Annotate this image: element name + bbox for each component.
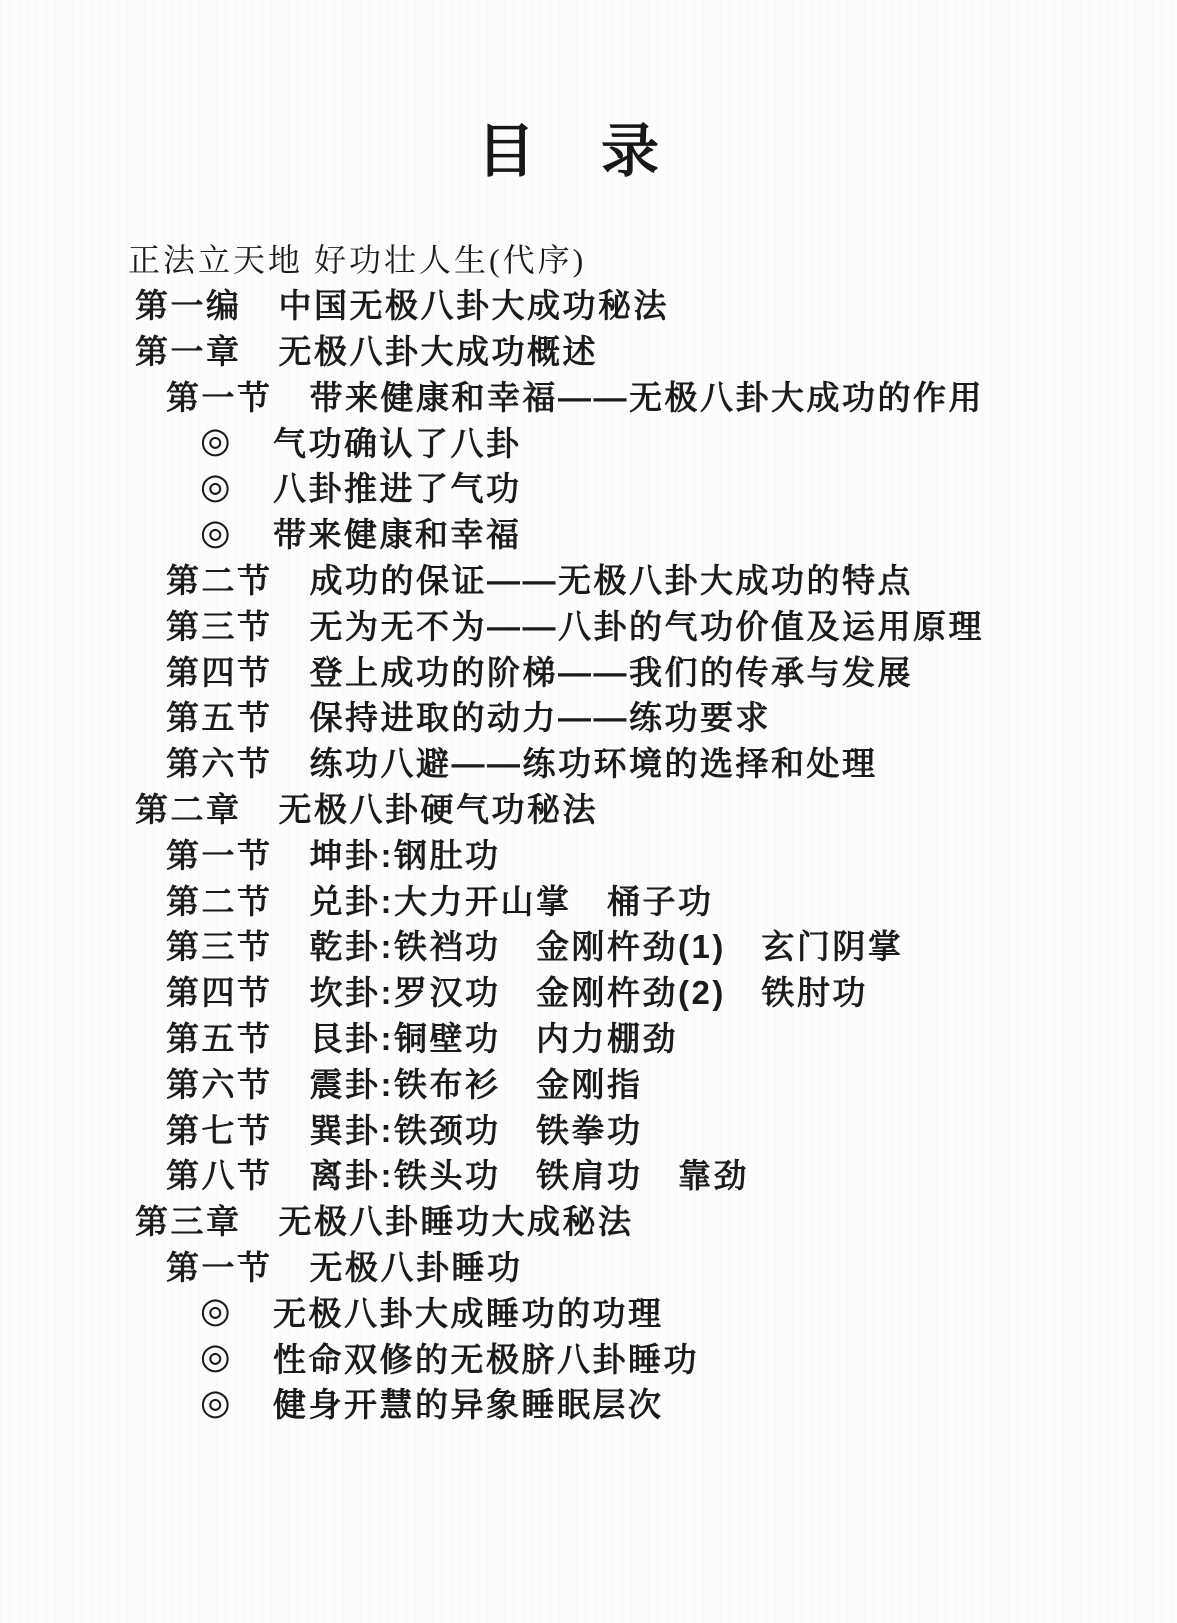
entry-title: 坎卦:罗汉功 金刚杵劲(2) 铁肘功 <box>310 967 868 1014</box>
toc-entry: 第一节带来健康和幸福——无极八卦大成功的作用 <box>0 372 1177 418</box>
entry-title: 坤卦:钢肚功 <box>310 830 501 877</box>
entry-title: 艮卦:铜壁功 内力棚劲 <box>310 1013 679 1060</box>
entry-title: 保持进取的动力——练功要求 <box>310 692 772 739</box>
toc-entry: ◎无极八卦大成睡功的功理 <box>0 1288 1177 1334</box>
entry-title: 登上成功的阶梯——我们的传承与发展 <box>310 647 914 694</box>
toc-entry: 正法立天地 好功壮人生(代序) <box>0 235 1177 281</box>
entry-title: 正法立天地 好功壮人生(代序) <box>128 235 586 281</box>
entry-title: 无为无不为——八卦的气功价值及运用原理 <box>310 601 985 648</box>
entry-number: 第一章 <box>135 326 242 373</box>
toc-entry: ◎带来健康和幸福 <box>0 510 1177 556</box>
toc-entry: 第四节登上成功的阶梯——我们的传承与发展 <box>0 647 1177 693</box>
toc-entry: ◎气功确认了八卦 <box>0 418 1177 464</box>
entry-number: 第三节 <box>166 601 273 648</box>
entry-number: 第一节 <box>166 372 273 419</box>
entry-title: 练功八避——练功环境的选择和处理 <box>310 738 878 785</box>
toc-entry: 第五节保持进取的动力——练功要求 <box>0 693 1177 739</box>
toc-entry: ◎健身开慧的异象睡眠层次 <box>0 1380 1177 1426</box>
entry-title: 健身开慧的异象睡眠层次 <box>273 1379 664 1426</box>
toc-entry: 第六节震卦:铁布衫 金刚指 <box>0 1059 1177 1105</box>
bullet-icon: ◎ <box>200 513 233 553</box>
scanned-page: 目 录 正法立天地 好功壮人生(代序)第一编中国无极八卦大成功秘法第一章无极八卦… <box>0 0 1177 1623</box>
entry-title: 无极八卦大成睡功的功理 <box>273 1288 664 1335</box>
entry-title: 八卦推进了气功 <box>273 463 522 510</box>
toc-entry: 第一编中国无极八卦大成功秘法 <box>0 281 1177 327</box>
toc-entry: 第一节无极八卦睡功 <box>0 1243 1177 1289</box>
entry-title: 无极八卦睡功大成秘法 <box>279 1196 634 1243</box>
entry-title: 成功的保证——无极八卦大成功的特点 <box>310 555 914 602</box>
toc-entry: ◎性命双修的无极脐八卦睡功 <box>0 1334 1177 1380</box>
toc-entry: 第一章无极八卦大成功概述 <box>0 327 1177 373</box>
entry-title: 巽卦:铁颈功 铁拳功 <box>310 1105 643 1152</box>
bullet-icon: ◎ <box>200 421 233 461</box>
toc-list: 正法立天地 好功壮人生(代序)第一编中国无极八卦大成功秘法第一章无极八卦大成功概… <box>0 235 1177 1426</box>
entry-number: 第四节 <box>166 647 273 694</box>
toc-entry: 第八节离卦:铁头功 铁肩功 靠劲 <box>0 1151 1177 1197</box>
bullet-icon: ◎ <box>200 1383 233 1423</box>
toc-entry: 第六节练功八避——练功环境的选择和处理 <box>0 739 1177 785</box>
entry-number: 第一编 <box>135 280 242 327</box>
toc-entry: 第三节乾卦:铁裆功 金刚杵劲(1) 玄门阴掌 <box>0 922 1177 968</box>
entry-number: 第三节 <box>166 921 273 968</box>
entry-title: 气功确认了八卦 <box>273 418 522 465</box>
toc-entry: 第七节巽卦:铁颈功 铁拳功 <box>0 1105 1177 1151</box>
entry-number: 第一节 <box>166 830 273 877</box>
toc-entry: 第二节兑卦:大力开山掌 桶子功 <box>0 876 1177 922</box>
entry-title: 兑卦:大力开山掌 桶子功 <box>310 876 714 923</box>
entry-title: 震卦:铁布衫 金刚指 <box>310 1059 643 1106</box>
entry-title: 离卦:铁头功 铁肩功 靠劲 <box>310 1150 750 1197</box>
entry-number: 第六节 <box>166 738 273 785</box>
entry-number: 第五节 <box>166 1013 273 1060</box>
entry-title: 无极八卦大成功概述 <box>279 326 599 373</box>
toc-entry: 第四节坎卦:罗汉功 金刚杵劲(2) 铁肘功 <box>0 968 1177 1014</box>
toc-entry: ◎八卦推进了气功 <box>0 464 1177 510</box>
toc-entry: 第一节坤卦:钢肚功 <box>0 830 1177 876</box>
entry-number: 第八节 <box>166 1150 273 1197</box>
entry-number: 第四节 <box>166 967 273 1014</box>
page-title: 目 录 <box>0 104 1140 188</box>
toc-entry: 第二章无极八卦硬气功秘法 <box>0 785 1177 831</box>
entry-title: 带来健康和幸福 <box>273 509 522 556</box>
toc-entry: 第五节艮卦:铜壁功 内力棚劲 <box>0 1014 1177 1060</box>
entry-title: 无极八卦硬气功秘法 <box>279 784 599 831</box>
entry-number: 第一节 <box>166 1242 273 1289</box>
entry-number: 第七节 <box>166 1105 273 1152</box>
bullet-icon: ◎ <box>200 1291 233 1331</box>
toc-entry: 第三章无极八卦睡功大成秘法 <box>0 1197 1177 1243</box>
toc-entry: 第三节无为无不为——八卦的气功价值及运用原理 <box>0 601 1177 647</box>
entry-number: 第五节 <box>166 692 273 739</box>
entry-title: 性命双修的无极脐八卦睡功 <box>273 1334 699 1381</box>
toc-entry: 第二节成功的保证——无极八卦大成功的特点 <box>0 556 1177 602</box>
bullet-icon: ◎ <box>200 467 233 507</box>
bullet-icon: ◎ <box>200 1337 233 1377</box>
entry-number: 第三章 <box>135 1196 242 1243</box>
entry-title: 带来健康和幸福——无极八卦大成功的作用 <box>310 372 985 419</box>
entry-title: 乾卦:铁裆功 金刚杵劲(1) 玄门阴掌 <box>310 921 904 968</box>
entry-number: 第二章 <box>135 784 242 831</box>
entry-number: 第二节 <box>166 876 273 923</box>
entry-title: 中国无极八卦大成功秘法 <box>279 280 670 327</box>
entry-number: 第六节 <box>166 1059 273 1106</box>
entry-number: 第二节 <box>166 555 273 602</box>
entry-title: 无极八卦睡功 <box>310 1242 523 1289</box>
